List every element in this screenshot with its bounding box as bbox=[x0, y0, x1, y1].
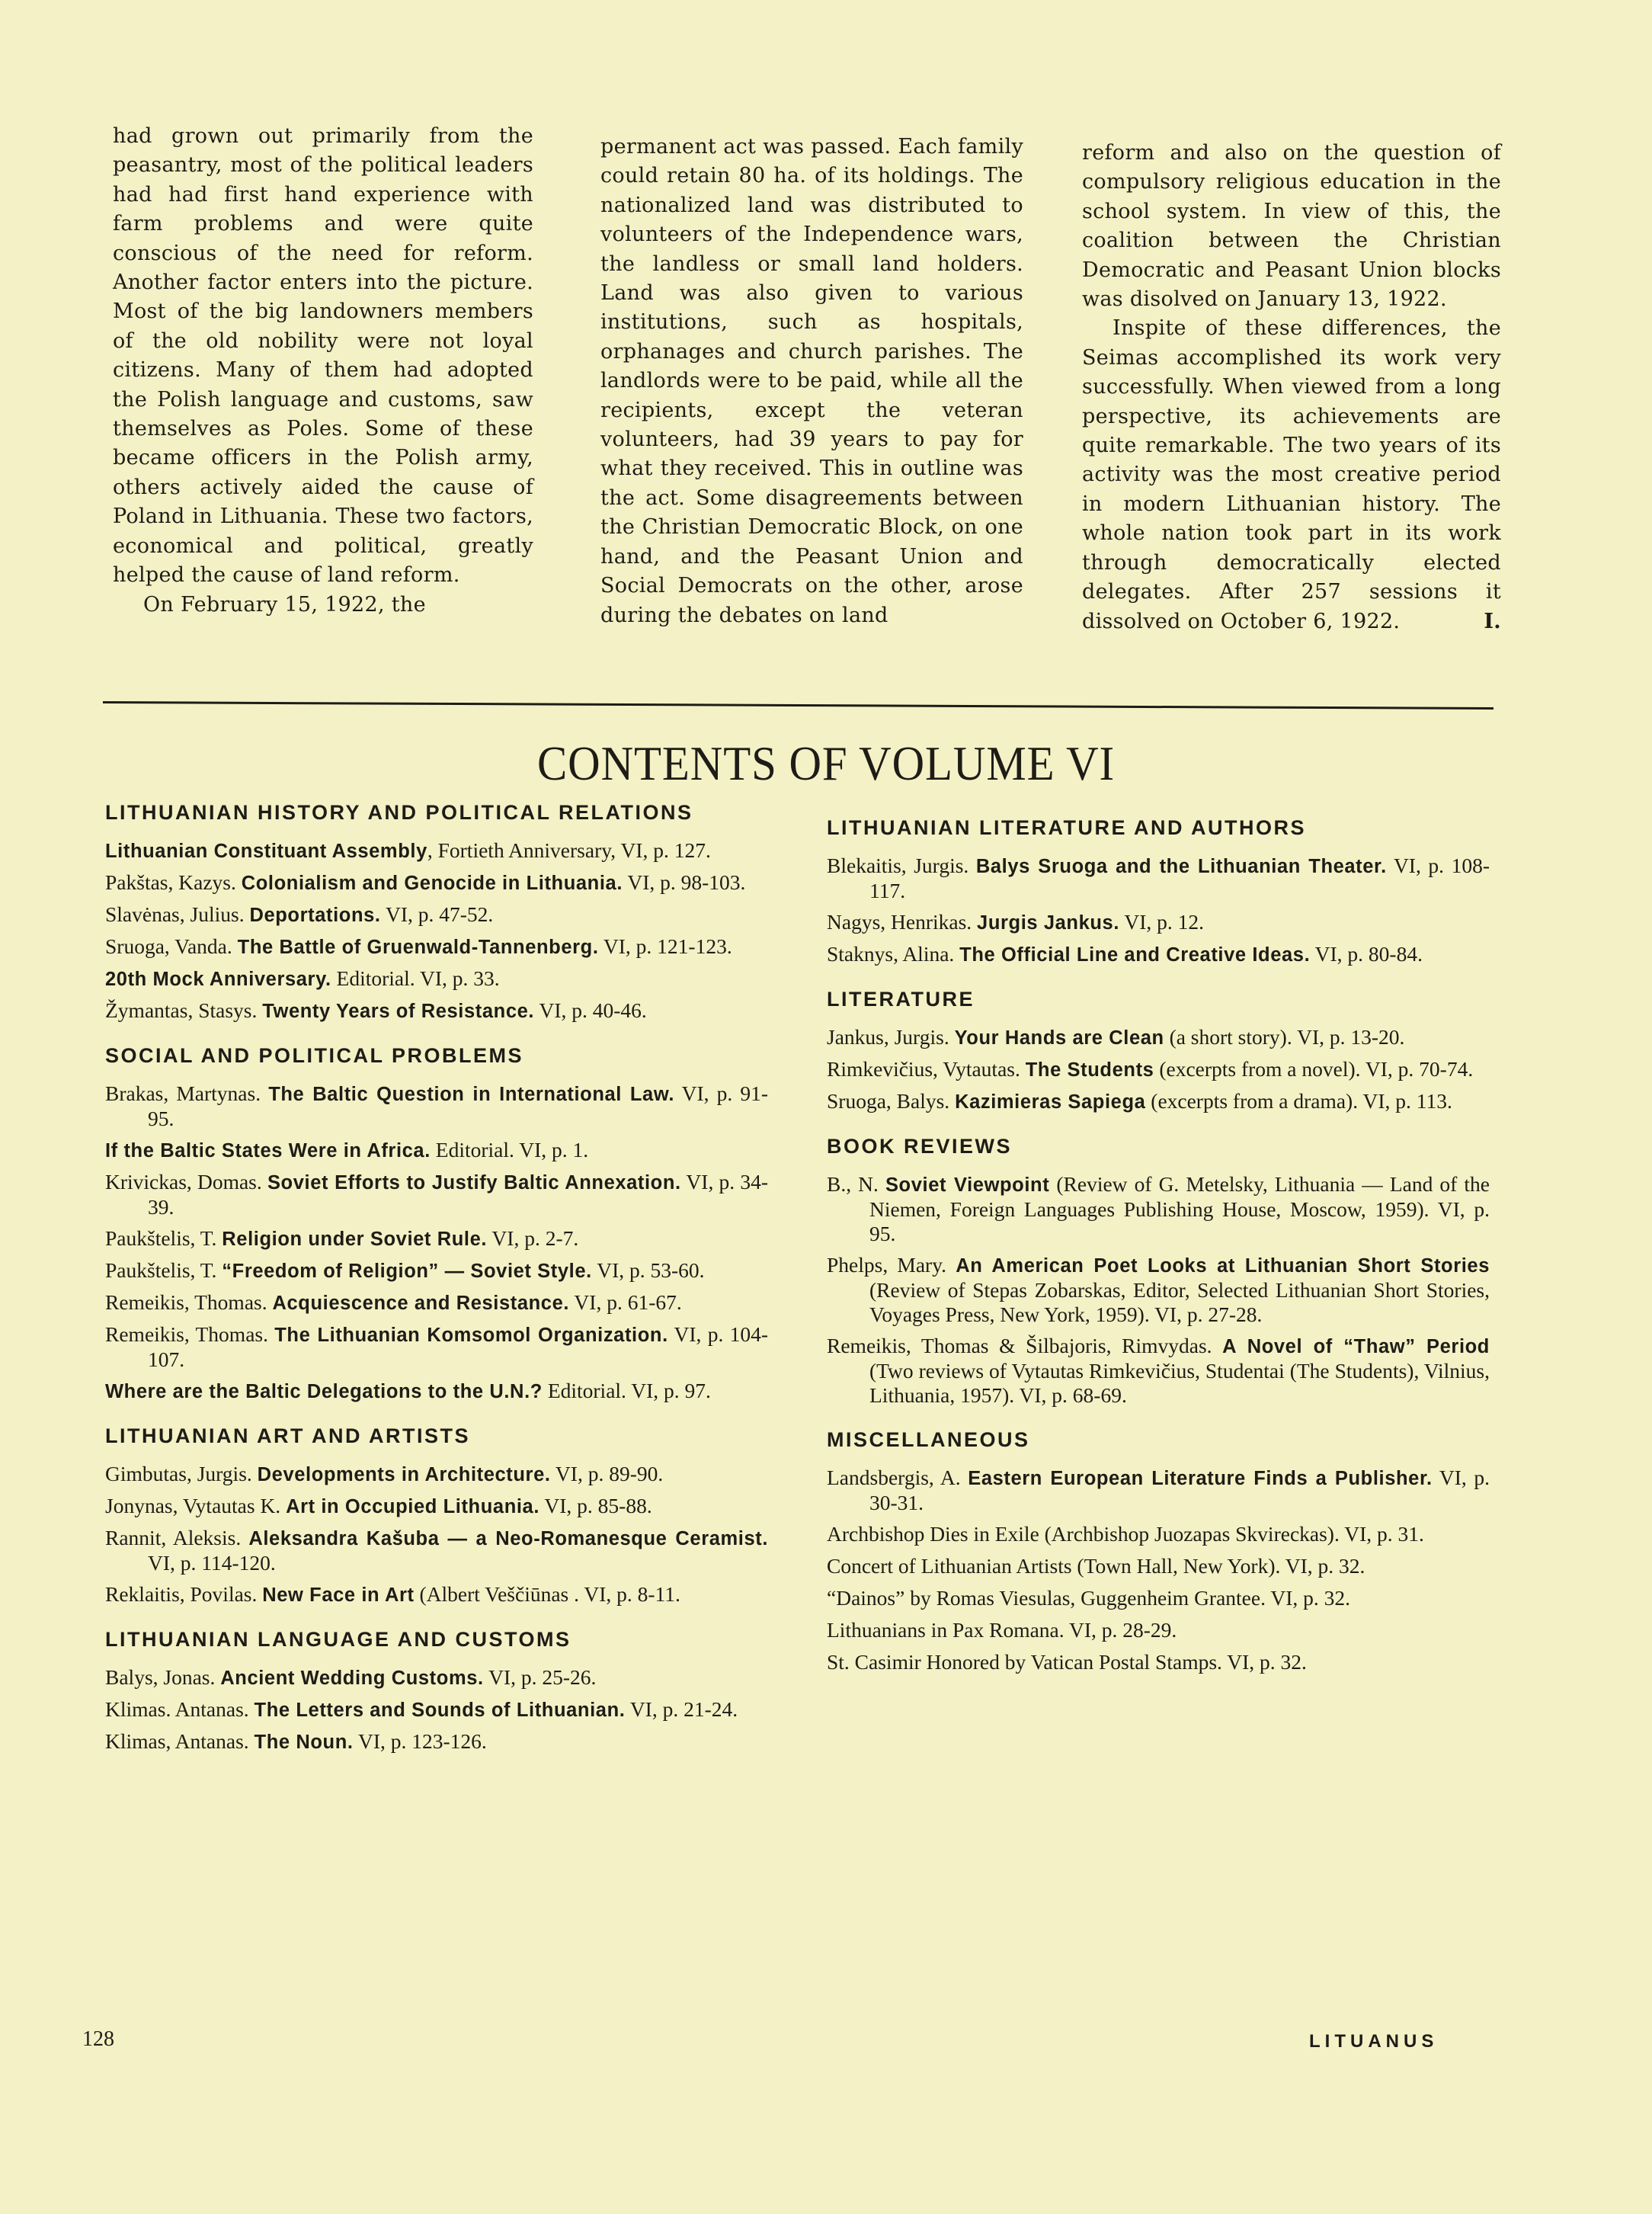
paragraph: Inspite of these differences, the Seimas… bbox=[1082, 314, 1501, 636]
contents-entry: St. Casimir Honored by Vatican Postal St… bbox=[827, 1650, 1490, 1675]
contents-entry: Jankus, Jurgis. Your Hands are Clean (a … bbox=[827, 1025, 1490, 1050]
contents-entry: Rannit, Aleksis. Aleksandra Kašuba — a N… bbox=[105, 1526, 768, 1575]
entry-reference: VI, p. 123-126. bbox=[354, 1729, 487, 1753]
contents-entry: B., N. Soviet Viewpoint (Review of G. Me… bbox=[827, 1172, 1490, 1246]
entry-author: Landsbergis, A. bbox=[827, 1466, 968, 1489]
contents-entry: Where are the Baltic Delegations to the … bbox=[105, 1379, 768, 1404]
entry-author: Slavėnas, Julius. bbox=[105, 902, 249, 926]
contents-entry: Remeikis, Thomas. The Lithuanian Komsomo… bbox=[105, 1322, 768, 1372]
entry-author: B., N. bbox=[827, 1172, 885, 1196]
entry-author: Žymantas, Stasys. bbox=[105, 998, 262, 1022]
article-column-3: reform and also on the question of compu… bbox=[1082, 139, 1501, 636]
contents-entry: Lithuanians in Pax Romana. VI, p. 28-29. bbox=[827, 1618, 1490, 1643]
entry-title: Twenty Years of Resistance. bbox=[262, 1001, 534, 1022]
entry-reference: VI, p. 40-46. bbox=[534, 998, 647, 1022]
contents-entry: Klimas. Antanas. The Letters and Sounds … bbox=[105, 1697, 768, 1722]
entry-title: New Face in Art bbox=[262, 1584, 414, 1606]
entry-author: Rannit, Aleksis. bbox=[105, 1526, 248, 1549]
entry-title: The Letters and Sounds of Lithuanian. bbox=[255, 1700, 626, 1721]
entry-reference: (Two reviews of Vytautas Rimkevičius, St… bbox=[869, 1359, 1490, 1407]
entry-title: Lithuanian Constituant Assembly bbox=[105, 841, 427, 862]
entry-author: Remeikis, Thomas. bbox=[105, 1290, 272, 1314]
entry-reference: , Fortieth Anniversary, VI, p. 127. bbox=[427, 838, 711, 862]
paragraph-text: Inspite of these differences, the Seimas… bbox=[1082, 316, 1501, 633]
entry-title: The Battle of Gruenwald-Tannenberg. bbox=[238, 937, 599, 958]
section-heading: LITHUANIAN LANGUAGE AND CUSTOMS bbox=[105, 1627, 730, 1652]
entry-reference: VI, p. 61-67. bbox=[569, 1290, 682, 1314]
entry-reference: (excerpts from a drama). VI, p. 113. bbox=[1145, 1089, 1452, 1113]
contents-entry: Phelps, Mary. An American Poet Looks at … bbox=[827, 1253, 1490, 1327]
entry-title: Colonialism and Genocide in Lithuania. bbox=[242, 873, 623, 894]
entry-title: Where are the Baltic Delegations to the … bbox=[105, 1381, 543, 1402]
entry-reference: VI, p. 25-26. bbox=[484, 1665, 597, 1689]
entry-reference: Editorial. VI, p. 1. bbox=[431, 1138, 588, 1161]
entry-author: Jankus, Jurgis. bbox=[827, 1025, 955, 1049]
entry-author: Blekaitis, Jurgis. bbox=[827, 854, 976, 877]
contents-section: LITHUANIAN HISTORY AND POLITICAL RELATIO… bbox=[105, 800, 768, 1024]
entry-reference: (excerpts from a novel). VI, p. 70-74. bbox=[1154, 1057, 1473, 1081]
entry-title: If the Baltic States Were in Africa. bbox=[105, 1140, 431, 1161]
entry-author: “Dainos” by Romas Viesulas, Guggenheim G… bbox=[827, 1586, 1350, 1610]
contents-entry: Landsbergis, A. Eastern European Literat… bbox=[827, 1466, 1490, 1515]
entry-author: Archbishop Dies in Exile (Archbishop Juo… bbox=[827, 1522, 1424, 1546]
entry-title: “Freedom of Religion” — Soviet Style. bbox=[222, 1261, 592, 1282]
entry-title: The Students bbox=[1026, 1059, 1154, 1081]
contents-entry: Sruoga, Balys. Kazimieras Sapiega (excer… bbox=[827, 1089, 1490, 1114]
entry-reference: VI, p. 47-52. bbox=[381, 902, 494, 926]
contents-entry: Rimkevičius, Vytautas. The Students (exc… bbox=[827, 1057, 1490, 1082]
contents-entry: Staknys, Alina. The Official Line and Cr… bbox=[827, 942, 1490, 967]
article-continuation: had grown out primarily from the peasant… bbox=[107, 122, 1501, 686]
contents-entry: Gimbutas, Jurgis. Developments in Archit… bbox=[105, 1462, 768, 1487]
entry-title: Balys Sruoga and the Lithuanian Theater. bbox=[976, 856, 1387, 877]
entry-author: Sruoga, Vanda. bbox=[105, 934, 238, 958]
section-heading: MISCELLANEOUS bbox=[827, 1427, 1452, 1452]
entry-author: Phelps, Mary. bbox=[827, 1253, 956, 1277]
contents-entry: Sruoga, Vanda. The Battle of Gruenwald-T… bbox=[105, 934, 768, 960]
article-column-1: had grown out primarily from the peasant… bbox=[113, 122, 533, 620]
entry-reference: VI, p. 21-24. bbox=[625, 1697, 738, 1721]
entry-reference: VI, p. 53-60. bbox=[592, 1258, 705, 1282]
entry-title: The Official Line and Creative Ideas. bbox=[959, 944, 1310, 966]
section-heading: LITHUANIAN HISTORY AND POLITICAL RELATIO… bbox=[105, 800, 730, 825]
contents-section: LITHUANIAN LANGUAGE AND CUSTOMSBalys, Jo… bbox=[105, 1627, 768, 1754]
contents-entry: Krivickas, Domas. Soviet Efforts to Just… bbox=[105, 1170, 768, 1219]
entry-reference: VI, p. 80-84. bbox=[1310, 942, 1423, 966]
entry-reference: VI, p. 85-88. bbox=[539, 1494, 652, 1517]
entry-author: Balys, Jonas. bbox=[105, 1665, 220, 1689]
contents-section: MISCELLANEOUSLandsbergis, A. Eastern Eur… bbox=[827, 1427, 1490, 1675]
contents-entry: Reklaitis, Povilas. New Face in Art (Alb… bbox=[105, 1582, 768, 1607]
contents-entry: Žymantas, Stasys. Twenty Years of Resist… bbox=[105, 998, 768, 1024]
entry-title: Jurgis Jankus. bbox=[977, 912, 1119, 934]
paragraph: permanent act was passed. Each family co… bbox=[600, 133, 1023, 630]
entry-reference: Editorial. VI, p. 33. bbox=[331, 966, 500, 990]
entry-author: Remeikis, Thomas. bbox=[105, 1322, 274, 1346]
contents-entry: Lithuanian Constituant Assembly, Fortiet… bbox=[105, 838, 768, 863]
entry-title: The Lithuanian Komsomol Organization. bbox=[274, 1325, 668, 1346]
entry-author: Remeikis, Thomas & Šilbajoris, Rimvydas. bbox=[827, 1334, 1222, 1357]
contents-entry: Archbishop Dies in Exile (Archbishop Juo… bbox=[827, 1522, 1490, 1547]
entry-author: Nagys, Henrikas. bbox=[827, 910, 977, 934]
entry-title: The Baltic Question in International Law… bbox=[268, 1084, 674, 1105]
entry-reference: VI, p. 114-120. bbox=[148, 1551, 276, 1575]
article-column-2: permanent act was passed. Each family co… bbox=[600, 133, 1023, 630]
contents-entry: If the Baltic States Were in Africa. Edi… bbox=[105, 1138, 768, 1163]
contents-entry: Paukštelis, T. “Freedom of Religion” — S… bbox=[105, 1258, 768, 1283]
entry-title: Religion under Soviet Rule. bbox=[222, 1229, 487, 1250]
contents-section: LITERATUREJankus, Jurgis. Your Hands are… bbox=[827, 987, 1490, 1114]
contents-entry: Remeikis, Thomas. Acquiescence and Resis… bbox=[105, 1290, 768, 1315]
page-number: 128 bbox=[82, 2027, 114, 2052]
section-heading: BOOK REVIEWS bbox=[827, 1134, 1452, 1158]
contents-entry: Nagys, Henrikas. Jurgis Jankus. VI, p. 1… bbox=[827, 910, 1490, 935]
magazine-page: had grown out primarily from the peasant… bbox=[0, 0, 1652, 2214]
contents-entry: “Dainos” by Romas Viesulas, Guggenheim G… bbox=[827, 1586, 1490, 1611]
contents-section: SOCIAL AND POLITICAL PROBLEMSBrakas, Mar… bbox=[105, 1043, 768, 1404]
section-heading: LITHUANIAN ART AND ARTISTS bbox=[105, 1424, 730, 1448]
contents-section: LITHUANIAN ART AND ARTISTSGimbutas, Jurg… bbox=[105, 1424, 768, 1607]
contents-entry: 20th Mock Anniversary. Editorial. VI, p.… bbox=[105, 966, 768, 992]
entry-title: Aleksandra Kašuba — a Neo-Romanesque Cer… bbox=[248, 1528, 768, 1549]
paragraph: had grown out primarily from the peasant… bbox=[113, 122, 533, 591]
entry-title: 20th Mock Anniversary. bbox=[105, 969, 331, 990]
entry-title: A Novel of “Thaw” Period bbox=[1222, 1336, 1490, 1357]
entry-author: St. Casimir Honored by Vatican Postal St… bbox=[827, 1650, 1307, 1674]
entry-title: Acquiescence and Resistance. bbox=[272, 1293, 569, 1314]
entry-reference: VI, p. 89-90. bbox=[551, 1462, 664, 1485]
contents-entry: Concert of Lithuanian Artists (Town Hall… bbox=[827, 1554, 1490, 1579]
magazine-name: LITUANUS bbox=[1309, 2031, 1438, 2052]
entry-author: Krivickas, Domas. bbox=[105, 1170, 267, 1194]
contents-title: CONTENTS OF VOLUME VI bbox=[66, 735, 1586, 792]
entry-author: Klimas. Antanas. bbox=[105, 1697, 255, 1721]
entry-title: Art in Occupied Lithuania. bbox=[286, 1496, 539, 1517]
entry-title: Ancient Wedding Customs. bbox=[220, 1668, 483, 1689]
entry-reference: VI, p. 2-7. bbox=[487, 1226, 578, 1250]
entry-author: Paukštelis, T. bbox=[105, 1258, 222, 1282]
entry-author: Paukštelis, T. bbox=[105, 1226, 222, 1250]
entry-author: Pakštas, Kazys. bbox=[105, 870, 242, 894]
contents-section: LITHUANIAN LITERATURE AND AUTHORSBlekait… bbox=[827, 815, 1490, 967]
entry-title: Kazimieras Sapiega bbox=[955, 1091, 1145, 1113]
entry-title: Soviet Efforts to Justify Baltic Annexat… bbox=[267, 1172, 681, 1194]
paragraph: On February 15, 1922, the bbox=[113, 591, 533, 620]
entry-reference: (a short story). VI, p. 13-20. bbox=[1164, 1025, 1405, 1049]
contents-left-column: LITHUANIAN HISTORY AND POLITICAL RELATIO… bbox=[105, 800, 768, 1774]
entry-title: Eastern European Literature Finds a Publ… bbox=[968, 1468, 1433, 1489]
contents-entry: Blekaitis, Jurgis. Balys Sruoga and the … bbox=[827, 854, 1490, 903]
entry-reference: VI, p. 98-103. bbox=[623, 870, 745, 894]
entry-author: Rimkevičius, Vytautas. bbox=[827, 1057, 1026, 1081]
entry-reference: (Albert Veščiūnas . VI, p. 8-11. bbox=[415, 1582, 680, 1606]
entry-title: An American Poet Looks at Lithuanian Sho… bbox=[956, 1255, 1490, 1277]
section-heading: SOCIAL AND POLITICAL PROBLEMS bbox=[105, 1043, 730, 1068]
entry-author: Staknys, Alina. bbox=[827, 942, 959, 966]
contents-entry: Klimas, Antanas. The Noun. VI, p. 123-12… bbox=[105, 1729, 768, 1754]
entry-reference: VI, p. 12. bbox=[1119, 910, 1204, 934]
entry-author: Klimas, Antanas. bbox=[105, 1729, 255, 1753]
entry-title: Soviet Viewpoint bbox=[885, 1174, 1049, 1196]
end-mark: I. bbox=[1453, 607, 1501, 636]
entry-title: The Noun. bbox=[255, 1732, 354, 1753]
contents-entry: Paukštelis, T. Religion under Soviet Rul… bbox=[105, 1226, 768, 1251]
section-heading: LITHUANIAN LITERATURE AND AUTHORS bbox=[827, 815, 1452, 840]
entry-author: Gimbutas, Jurgis. bbox=[105, 1462, 258, 1485]
section-heading: LITERATURE bbox=[827, 987, 1452, 1011]
contents-entry: Jonynas, Vytautas K. Art in Occupied Lit… bbox=[105, 1494, 768, 1519]
entry-reference: (Review of Stepas Zobarskas, Editor, Sel… bbox=[869, 1278, 1490, 1326]
contents-section: BOOK REVIEWSB., N. Soviet Viewpoint (Rev… bbox=[827, 1134, 1490, 1408]
entry-author: Lithuanians in Pax Romana. VI, p. 28-29. bbox=[827, 1618, 1177, 1642]
contents-entry: Balys, Jonas. Ancient Wedding Customs. V… bbox=[105, 1665, 768, 1690]
entry-title: Your Hands are Clean bbox=[955, 1027, 1164, 1049]
contents-entry: Remeikis, Thomas & Šilbajoris, Rimvydas.… bbox=[827, 1334, 1490, 1408]
entry-author: Sruoga, Balys. bbox=[827, 1089, 955, 1113]
section-divider-rule bbox=[103, 701, 1494, 710]
entry-author: Concert of Lithuanian Artists (Town Hall… bbox=[827, 1554, 1365, 1578]
paragraph: reform and also on the question of compu… bbox=[1082, 139, 1501, 314]
entry-title: Developments in Architecture. bbox=[258, 1464, 551, 1485]
contents-right-column: LITHUANIAN LITERATURE AND AUTHORSBlekait… bbox=[827, 815, 1490, 1695]
entry-author: Jonynas, Vytautas K. bbox=[105, 1494, 286, 1517]
entry-author: Reklaitis, Povilas. bbox=[105, 1582, 262, 1606]
entry-title: Deportations. bbox=[249, 905, 380, 926]
entry-reference: Editorial. VI, p. 97. bbox=[543, 1379, 711, 1402]
contents-entry: Pakštas, Kazys. Colonialism and Genocide… bbox=[105, 870, 768, 896]
entry-reference: VI, p. 121-123. bbox=[599, 934, 732, 958]
contents-entry: Slavėnas, Julius. Deportations. VI, p. 4… bbox=[105, 902, 768, 928]
contents-entry: Brakas, Martynas. The Baltic Question in… bbox=[105, 1081, 768, 1131]
entry-author: Brakas, Martynas. bbox=[105, 1081, 268, 1105]
